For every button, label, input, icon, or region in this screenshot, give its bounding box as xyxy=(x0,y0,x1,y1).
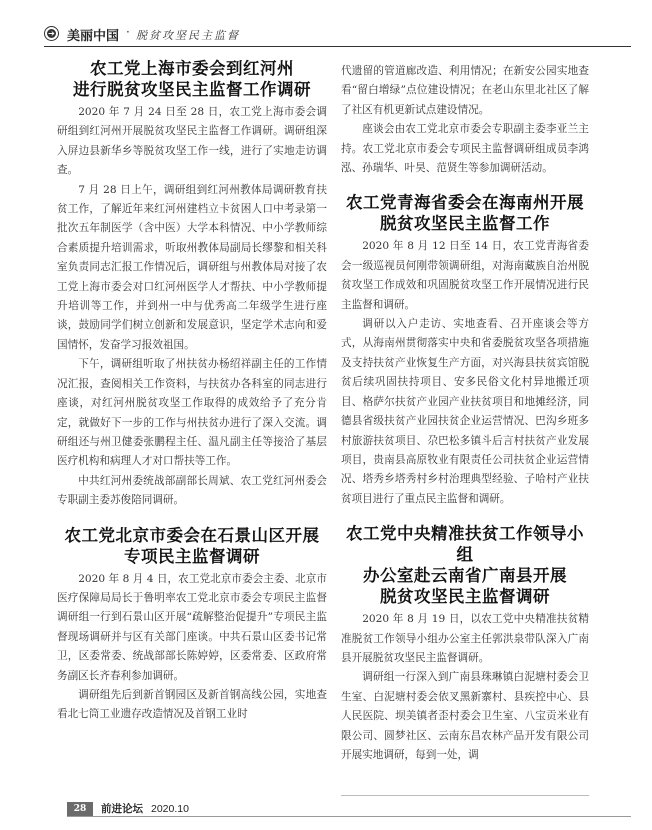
running-header: ➔ 美丽中国 · 脱贫攻坚民主监督 xyxy=(44,24,631,47)
article-shanghai: 农工党上海市委会到红河州 进行脱贫攻坚民主监督工作调研 2020 年 7 月 2… xyxy=(57,58,327,511)
paragraph: 调研组一行深入到广南县珠琳镇白泥塘村委会卫生室、白泥塘村委会依叉黑新寨村、县疾控… xyxy=(341,668,589,765)
paragraph: 调研组先后到新首钢园区及新首钢高线公园，实地查看北七筒工业遗存改造情况及首钢工业… xyxy=(57,686,327,725)
journal-name: 前进论坛 xyxy=(101,802,143,816)
paragraph: 代遗留的管道廊改造、利用情况；在新安公园实地查看“留白增绿”点位建设情况；在老山… xyxy=(341,62,589,120)
header-separator: · xyxy=(126,25,130,39)
right-column: 代遗留的管道廊改造、利用情况；在新安公园实地查看“留白增绿”点位建设情况；在老山… xyxy=(341,62,589,765)
page-footer: 28 前进论坛 2020.10 xyxy=(67,802,631,817)
paragraph: 调研以入户走访、实地查看、召开座谈会等方式，从海南州贯彻落实中央和省委脱贫攻坚各… xyxy=(341,315,589,509)
article-title: 农工党中央精准扶贫工作领导小组 办公室赴云南省广南县开展 脱贫攻坚民主监督调研 xyxy=(341,523,589,607)
paragraph: 2020 年 7 月 24 日至 28 日，农工党上海市委会调研组到红河州开展脱… xyxy=(57,103,327,181)
column-brand: 美丽中国 xyxy=(67,25,119,44)
paragraph: 2020 年 8 月 12 日至 14 日，农工党青海省委会一级巡视员何刚带领调… xyxy=(341,237,589,315)
article-beijing-continued: 代遗留的管道廊改造、利用情况；在新安公园实地查看“留白增绿”点位建设情况；在老山… xyxy=(341,62,589,178)
arrow-circle-icon: ➔ xyxy=(44,26,59,41)
article-title: 农工党青海省委会在海南州开展 脱贫攻坚民主监督工作 xyxy=(341,192,589,234)
page-number: 28 xyxy=(67,802,93,816)
article-beijing: 农工党北京市委会在石景山区开展 专项民主监督调研 2020 年 8 月 4 日，… xyxy=(57,525,327,725)
article-title: 农工党上海市委会到红河州 进行脱贫攻坚民主监督工作调研 xyxy=(57,58,327,100)
article-title: 农工党北京市委会在石景山区开展 专项民主监督调研 xyxy=(57,525,327,567)
left-column: 农工党上海市委会到红河州 进行脱贫攻坚民主监督工作调研 2020 年 7 月 2… xyxy=(57,58,327,725)
issue-number: 2020.10 xyxy=(151,802,189,816)
article-qinghai: 农工党青海省委会在海南州开展 脱贫攻坚民主监督工作 2020 年 8 月 12 … xyxy=(341,192,589,509)
paragraph: 7 月 28 日上午，调研组到红河州教体局调研教育扶贫工作，了解近年来红河州建档… xyxy=(57,181,327,356)
paragraph: 2020 年 8 月 4 日，农工党北京市委会主委、北京市医疗保障局局长于鲁明率… xyxy=(57,570,327,686)
paragraph: 下午，调研组听取了州扶贫办杨绍祥副主任的工作情况汇报，查阅相关工作资料，与扶贫办… xyxy=(57,355,327,471)
paragraph: 座谈会由农工党北京市委会专职副主委李亚兰主持。农工党北京市委会专项民主监督调研组… xyxy=(341,120,589,178)
section-name: 脱贫攻坚民主监督 xyxy=(136,27,240,43)
article-central-yunnan: 农工党中央精准扶贫工作领导小组 办公室赴云南省广南县开展 脱贫攻坚民主监督调研 … xyxy=(341,523,589,765)
paragraph: 2020 年 8 月 19 日，以农工党中央精准扶贫精准脱贫工作领导小组办公室主… xyxy=(341,610,589,668)
column-end-rule xyxy=(341,795,589,796)
paragraph: 中共红河州委统战部副部长周斌、农工党红河州委会专职副主委苏俊陪同调研。 xyxy=(57,472,327,511)
